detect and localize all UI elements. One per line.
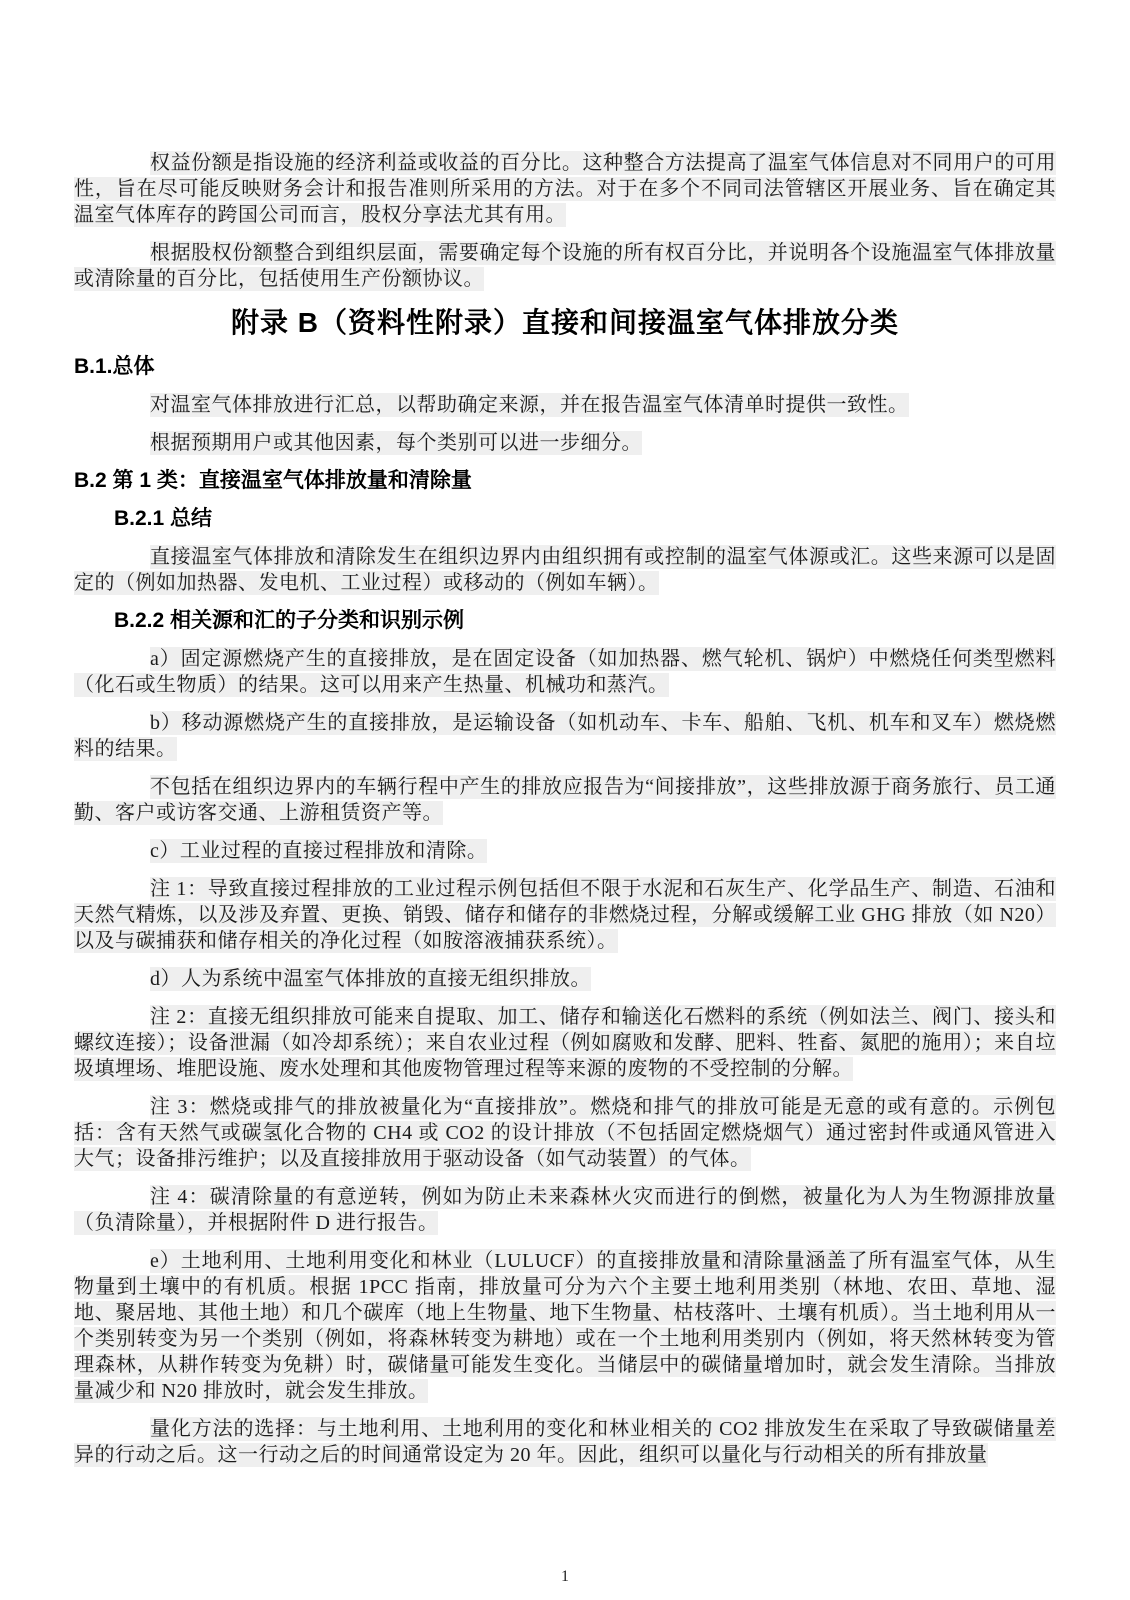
paragraph: 注 1：导致直接过程排放的工业过程示例包括但不限于水泥和石灰生产、化学品生产、制… <box>74 876 1056 954</box>
appendix-title: 附录 B（资料性附录）直接和间接温室气体排放分类 <box>74 304 1056 342</box>
paragraph: 根据股权份额整合到组织层面，需要确定每个设施的所有权百分比，并说明各个设施温室气… <box>74 240 1056 292</box>
paragraph: 直接温室气体排放和清除发生在组织边界内由组织拥有或控制的温室气体源或汇。这些来源… <box>74 544 1056 596</box>
paragraph-text: 根据股权份额整合到组织层面，需要确定每个设施的所有权百分比，并说明各个设施温室气… <box>74 241 1056 291</box>
paragraph: a）固定源燃烧产生的直接排放，是在固定设备（如加热器、燃气轮机、锅炉）中燃烧任何… <box>74 646 1056 698</box>
subsection-heading-text: B.2.1 总结 <box>114 507 212 530</box>
paragraph: 不包括在组织边界内的车辆行程中产生的排放应报告为“间接排放”，这些排放源于商务旅… <box>74 774 1056 826</box>
paragraph-text: 直接温室气体排放和清除发生在组织边界内由组织拥有或控制的温室气体源或汇。这些来源… <box>74 545 1056 595</box>
paragraph: 对温室气体排放进行汇总，以帮助确定来源，并在报告温室气体清单时提供一致性。 <box>74 392 1056 418</box>
paragraph-text: 权益份额是指设施的经济利益或收益的百分比。这种整合方法提高了温室气体信息对不同用… <box>74 151 1056 227</box>
section-heading: B.2 第 1 类：直接温室气体排放量和清除量 <box>74 468 1056 494</box>
paragraph: c）工业过程的直接过程排放和清除。 <box>74 838 1056 864</box>
paragraph: b）移动源燃烧产生的直接排放，是运输设备（如机动车、卡车、船舶、飞机、机车和叉车… <box>74 710 1056 762</box>
paragraph: 注 4：碳清除量的有意逆转，例如为防止未来森林火灾而进行的倒燃，被量化为人为生物… <box>74 1184 1056 1236</box>
section-heading: B.1.总体 <box>74 354 1056 380</box>
paragraph-text: b）移动源燃烧产生的直接排放，是运输设备（如机动车、卡车、船舶、飞机、机车和叉车… <box>74 711 1056 761</box>
document-content: 权益份额是指设施的经济利益或收益的百分比。这种整合方法提高了温室气体信息对不同用… <box>74 150 1056 1480</box>
paragraph-text: a）固定源燃烧产生的直接排放，是在固定设备（如加热器、燃气轮机、锅炉）中燃烧任何… <box>74 647 1056 697</box>
paragraph-text: e）土地利用、土地利用变化和林业（LULUCF）的直接排放量和清除量涵盖了所有温… <box>74 1249 1056 1403</box>
paragraph-text: 注 1：导致直接过程排放的工业过程示例包括但不限于水泥和石灰生产、化学品生产、制… <box>74 877 1056 953</box>
paragraph-text: 不包括在组织边界内的车辆行程中产生的排放应报告为“间接排放”，这些排放源于商务旅… <box>74 775 1056 825</box>
paragraph: e）土地利用、土地利用变化和林业（LULUCF）的直接排放量和清除量涵盖了所有温… <box>74 1248 1056 1404</box>
subsection-heading: B.2.2 相关源和汇的子分类和识别示例 <box>114 608 1056 634</box>
paragraph: 注 3：燃烧或排气的排放被量化为“直接排放”。燃烧和排气的排放可能是无意的或有意… <box>74 1094 1056 1172</box>
section-heading-text: B.2 第 1 类：直接温室气体排放量和清除量 <box>74 469 472 492</box>
paragraph-text: 注 4：碳清除量的有意逆转，例如为防止未来森林火灾而进行的倒燃，被量化为人为生物… <box>74 1185 1056 1235</box>
paragraph-text: 根据预期用户或其他因素，每个类别可以进一步细分。 <box>150 431 642 455</box>
paragraph-text: 对温室气体排放进行汇总，以帮助确定来源，并在报告温室气体清单时提供一致性。 <box>150 393 909 417</box>
paragraph: 权益份额是指设施的经济利益或收益的百分比。这种整合方法提高了温室气体信息对不同用… <box>74 150 1056 228</box>
paragraph: 根据预期用户或其他因素，每个类别可以进一步细分。 <box>74 430 1056 456</box>
paragraph-text: 注 3：燃烧或排气的排放被量化为“直接排放”。燃烧和排气的排放可能是无意的或有意… <box>74 1095 1056 1171</box>
paragraph-text: 注 2：直接无组织排放可能来自提取、加工、储存和输送化石燃料的系统（例如法兰、阀… <box>74 1005 1056 1081</box>
paragraph: 注 2：直接无组织排放可能来自提取、加工、储存和输送化石燃料的系统（例如法兰、阀… <box>74 1004 1056 1082</box>
page-number: 1 <box>0 1568 1130 1586</box>
paragraph: 量化方法的选择：与土地利用、土地利用的变化和林业相关的 CO2 排放发生在采取了… <box>74 1416 1056 1468</box>
paragraph-text: 量化方法的选择：与土地利用、土地利用的变化和林业相关的 CO2 排放发生在采取了… <box>74 1417 1056 1467</box>
paragraph: d）人为系统中温室气体排放的直接无组织排放。 <box>74 966 1056 992</box>
section-heading-text: B.1.总体 <box>74 355 155 378</box>
appendix-title-text: 附录 B（资料性附录）直接和间接温室气体排放分类 <box>231 307 899 338</box>
paragraph-text: d）人为系统中温室气体排放的直接无组织排放。 <box>150 967 591 991</box>
subsection-heading-text: B.2.2 相关源和汇的子分类和识别示例 <box>114 609 464 632</box>
paragraph-text: c）工业过程的直接过程排放和清除。 <box>150 839 487 863</box>
document-page: 权益份额是指设施的经济利益或收益的百分比。这种整合方法提高了温室气体信息对不同用… <box>0 0 1130 1600</box>
subsection-heading: B.2.1 总结 <box>114 506 1056 532</box>
